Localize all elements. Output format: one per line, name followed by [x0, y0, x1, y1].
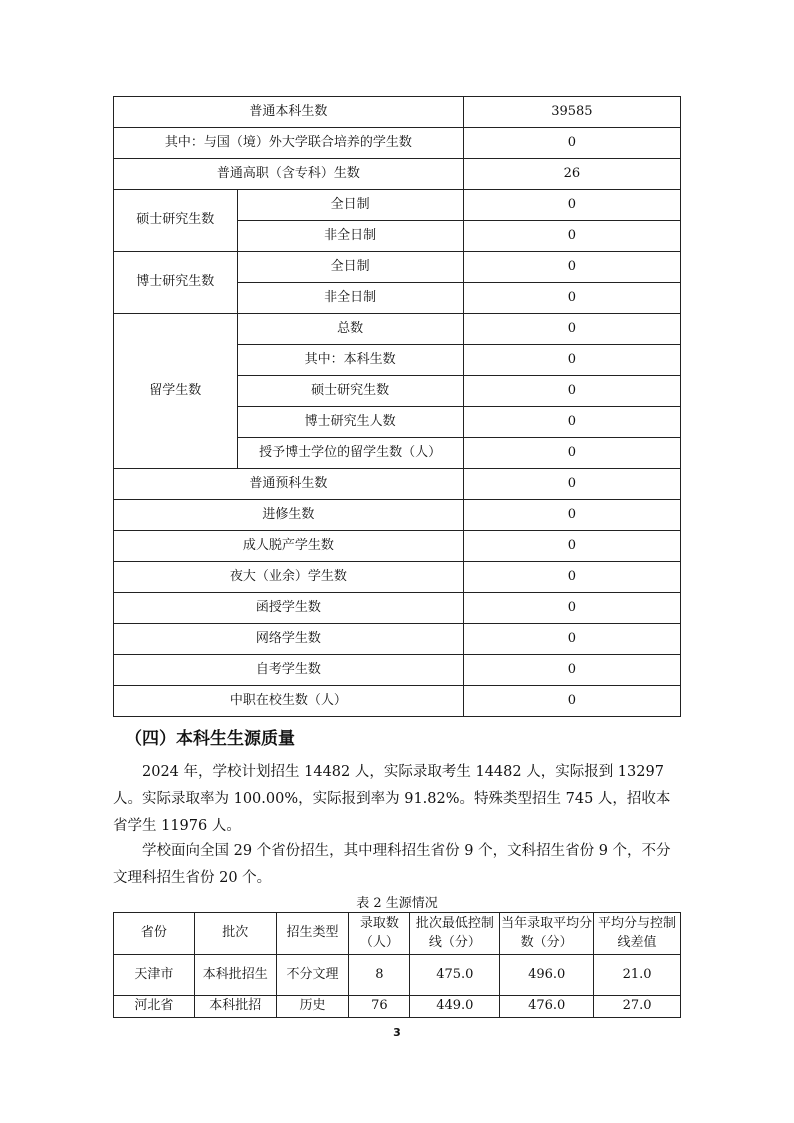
group-label: 留学生数: [114, 314, 238, 469]
row-label: 其中：本科生数: [237, 345, 463, 376]
table-row: 其中：与国（境）外大学联合培养的学生数 0: [114, 128, 681, 159]
row-label: 普通本科生数: [114, 97, 464, 128]
col-header: 当年录取平均分数（分）: [500, 913, 594, 955]
cell: 8: [349, 955, 410, 996]
row-label: 非全日制: [237, 221, 463, 252]
table-row: 普通高职（含专科）生数 26: [114, 159, 681, 190]
cell: 天津市: [114, 955, 195, 996]
cell: 27.0: [594, 996, 681, 1018]
row-value: 0: [463, 593, 680, 624]
col-header: 录取数（人）: [349, 913, 410, 955]
paragraph-enrollment: 2024 年，学校计划招生 14482 人，实际录取考生 14482 人，实际报…: [113, 759, 683, 840]
row-label: 其中：与国（境）外大学联合培养的学生数: [114, 128, 464, 159]
row-label: 夜大（业余）学生数: [114, 562, 464, 593]
col-header: 批次: [194, 913, 276, 955]
table-row: 中职在校生数（人）0: [114, 686, 681, 717]
row-label: 自考学生数: [114, 655, 464, 686]
paragraph-provinces: 学校面向全国 29 个省份招生，其中理科招生省份 9 个，文科招生省份 9 个，…: [113, 838, 683, 892]
cell: 476.0: [500, 996, 594, 1018]
table-row: 博士研究生数 全日制 0: [114, 252, 681, 283]
row-value: 0: [463, 407, 680, 438]
row-value: 0: [463, 190, 680, 221]
student-count-table: 普通本科生数 39585 其中：与国（境）外大学联合培养的学生数 0 普通高职（…: [113, 96, 681, 717]
row-label: 全日制: [237, 190, 463, 221]
table-header-row: 省份 批次 招生类型 录取数（人） 批次最低控制线（分） 当年录取平均分数（分）…: [114, 913, 681, 955]
table-row: 河北省 本科批招 历史 76 449.0 476.0 27.0: [114, 996, 681, 1018]
row-label: 普通预科生数: [114, 469, 464, 500]
row-label: 全日制: [237, 252, 463, 283]
row-label: 普通高职（含专科）生数: [114, 159, 464, 190]
row-value: 0: [463, 624, 680, 655]
source-table: 省份 批次 招生类型 录取数（人） 批次最低控制线（分） 当年录取平均分数（分）…: [113, 912, 681, 1018]
row-label: 博士研究生人数: [237, 407, 463, 438]
cell: 76: [349, 996, 410, 1018]
row-label: 非全日制: [237, 283, 463, 314]
table-row: 夜大（业余）学生数0: [114, 562, 681, 593]
table-row: 自考学生数0: [114, 655, 681, 686]
table-row: 网络学生数0: [114, 624, 681, 655]
table-row: 进修生数0: [114, 500, 681, 531]
row-value: 26: [463, 159, 680, 190]
col-header: 招生类型: [276, 913, 349, 955]
cell: 本科批招: [194, 996, 276, 1018]
row-value: 0: [463, 314, 680, 345]
row-value: 0: [463, 345, 680, 376]
table-row: 普通预科生数0: [114, 469, 681, 500]
cell: 不分文理: [276, 955, 349, 996]
group-label: 硕士研究生数: [114, 190, 238, 252]
row-value: 0: [463, 376, 680, 407]
table-row: 硕士研究生数 全日制 0: [114, 190, 681, 221]
group-label: 博士研究生数: [114, 252, 238, 314]
row-value: 39585: [463, 97, 680, 128]
table-row: 天津市 本科批招生 不分文理 8 475.0 496.0 21.0: [114, 955, 681, 996]
row-label: 中职在校生数（人）: [114, 686, 464, 717]
row-label: 成人脱产学生数: [114, 531, 464, 562]
row-value: 0: [463, 128, 680, 159]
cell: 496.0: [500, 955, 594, 996]
cell: 475.0: [410, 955, 500, 996]
section-heading: （四）本科生生源质量: [125, 724, 295, 749]
cell: 历史: [276, 996, 349, 1018]
row-value: 0: [463, 531, 680, 562]
row-value: 0: [463, 283, 680, 314]
row-label: 授予博士学位的留学生数（人）: [237, 438, 463, 469]
row-value: 0: [463, 686, 680, 717]
col-header: 批次最低控制线（分）: [410, 913, 500, 955]
row-value: 0: [463, 469, 680, 500]
table-row: 函授学生数0: [114, 593, 681, 624]
table-row: 成人脱产学生数0: [114, 531, 681, 562]
cell: 21.0: [594, 955, 681, 996]
table-caption: 表 2 生源情况: [0, 892, 794, 911]
row-label: 进修生数: [114, 500, 464, 531]
row-label: 网络学生数: [114, 624, 464, 655]
row-label: 硕士研究生数: [237, 376, 463, 407]
page-number: 3: [0, 1026, 794, 1039]
col-header: 平均分与控制线差值: [594, 913, 681, 955]
cell: 449.0: [410, 996, 500, 1018]
row-value: 0: [463, 655, 680, 686]
row-label: 总数: [237, 314, 463, 345]
row-value: 0: [463, 252, 680, 283]
table-row: 普通本科生数 39585: [114, 97, 681, 128]
cell: 本科批招生: [194, 955, 276, 996]
row-value: 0: [463, 438, 680, 469]
cell: 河北省: [114, 996, 195, 1018]
row-value: 0: [463, 500, 680, 531]
col-header: 省份: [114, 913, 195, 955]
table-row: 留学生数 总数 0: [114, 314, 681, 345]
row-label: 函授学生数: [114, 593, 464, 624]
row-value: 0: [463, 562, 680, 593]
row-value: 0: [463, 221, 680, 252]
